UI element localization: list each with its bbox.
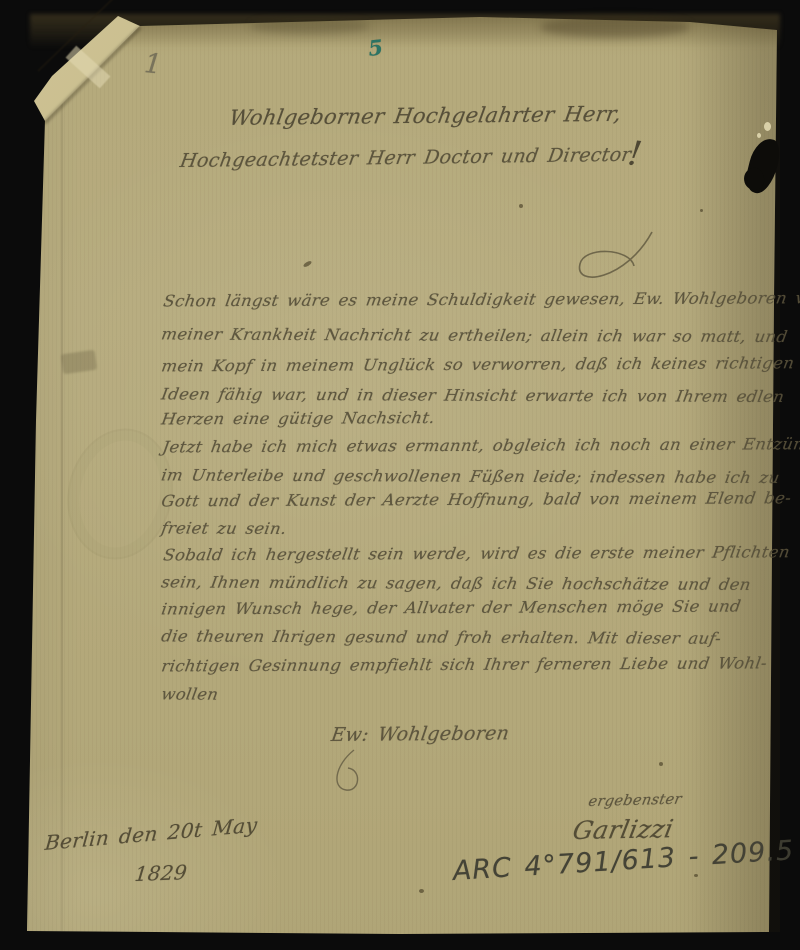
pen-flourish [330, 748, 380, 796]
letter-line: richtigen Gesinnung empfiehlt sich Ihrer… [160, 654, 768, 675]
letter-line: meiner Krankheit Nachricht zu ertheilen;… [160, 325, 789, 346]
letter-line: freiet zu sein. [160, 519, 288, 538]
letter-line: Gott und der Kunst der Aerzte Hoffnung, … [160, 489, 792, 510]
valediction: ergebenster [587, 792, 683, 810]
letter-line: Schon längst wäre es meine Schuldigkeit … [162, 289, 800, 311]
letter-line: im Unterleibe und geschwollenen Füßen le… [160, 466, 781, 487]
salutation-line-1: Wohlgeborner Hochgelahrter Herr, [218, 102, 633, 130]
letter-line: Ideen fähig war, und in dieser Hinsicht … [160, 385, 786, 406]
folio-number-ink: 5 [367, 34, 384, 60]
letter-line: wollen [160, 685, 220, 703]
closing-formula: Ew: Wohlgeboren [330, 722, 511, 746]
letter-line: die theuren Ihrigen gesund und froh erha… [160, 627, 723, 648]
pen-flourish [556, 226, 666, 292]
letter-line: innigen Wunsch hege, der Allvater der Me… [160, 597, 742, 618]
dateline-year: 1829 [133, 860, 188, 886]
letter-line: Herzen eine gütige Nachsicht. [160, 409, 436, 429]
letter-line: mein Kopf in meinem Unglück so verworren… [160, 354, 795, 375]
letter-line: Sobald ich hergestellt sein werde, wird … [162, 543, 791, 564]
letter-line: Jetzt habe ich mich etwas ermannt, obgle… [161, 435, 800, 457]
letter-line: sein, Ihnen mündlich zu sagen, daß ich S… [160, 573, 752, 594]
pencil-page-number: 1 [143, 48, 164, 81]
signature: Garlizzi [570, 814, 676, 845]
letter-scan: 1 5 Wohlgeborner Hochgelahrter Herr, Hoc… [0, 0, 800, 950]
